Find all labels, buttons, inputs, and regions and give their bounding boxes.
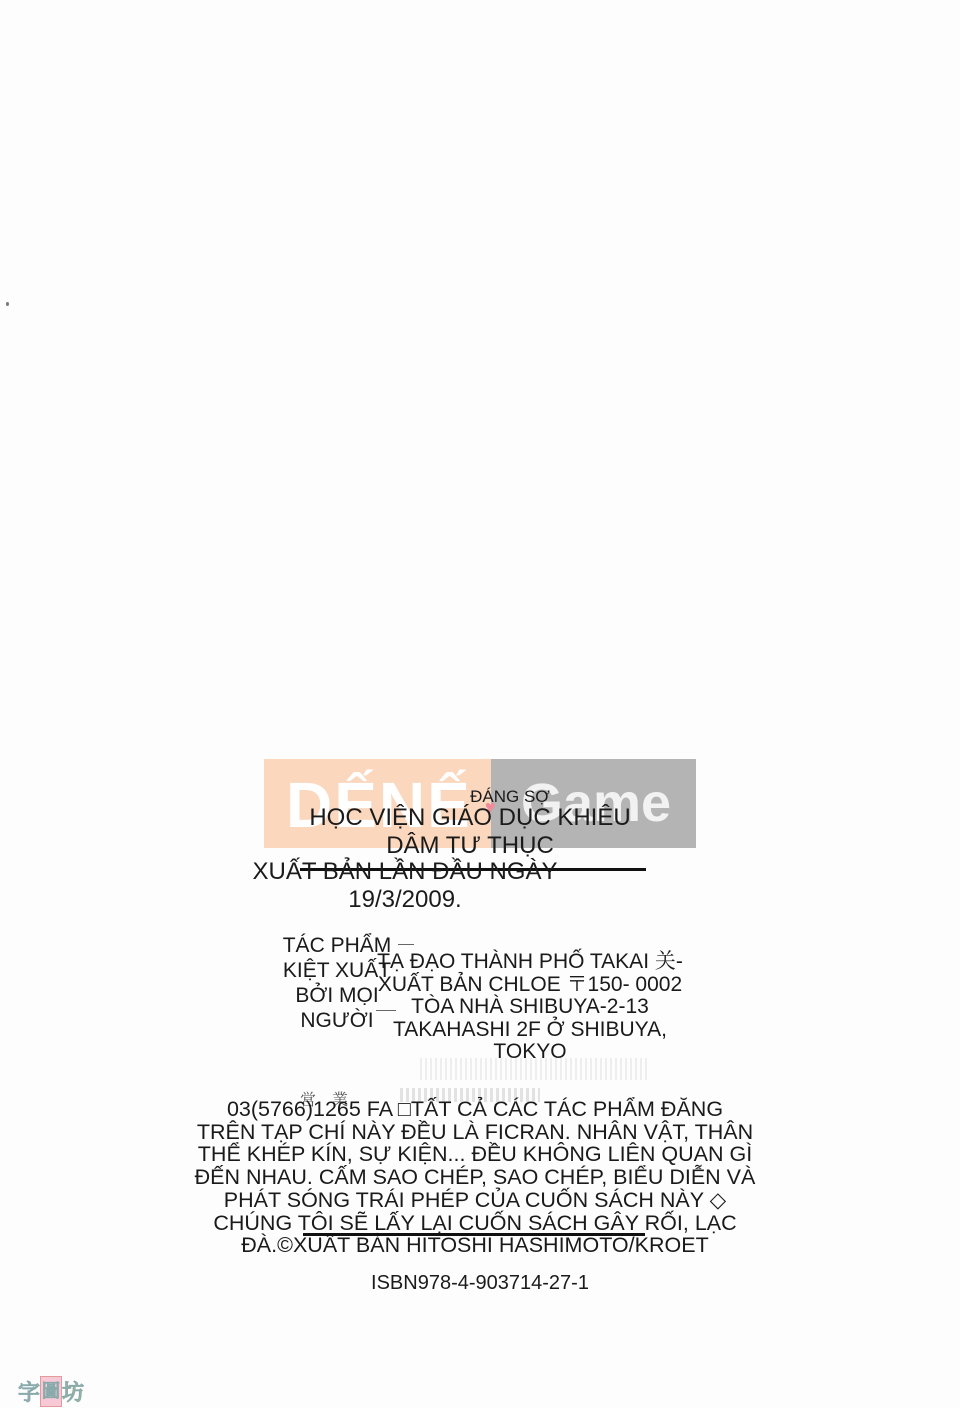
legal-line: ĐÀ.©XUẤT BẢN HITOSHI HASHIMOTO/KROET [170,1234,780,1257]
first-publish-date: 19/3/2009. [300,886,510,914]
address-line: TAKAHASHI 2F Ở SHIBUYA, [360,1019,700,1042]
book-title-line-2: DÂM TƯ THỤC [300,832,640,860]
thin-rule [398,944,414,945]
scan-noise [420,1058,650,1080]
legal-line: CHÚNG TÔI SẼ LẤY LẠI CUỐN SÁCH GÂY RỐI, … [170,1212,780,1235]
book-title-line-1: HỌC VIỆN GIÁO DỤC KHIÊU [260,804,680,832]
logo-char: 字 [18,1376,40,1407]
legal-line: THỂ KHÉP KÍN, SỰ KIỆN... ĐỀU KHÔNG LIÊN … [170,1143,780,1166]
publisher-address: TẠ ĐẠO THÀNH PHỐ TAKAI 关- XUẤT BẢN CHLOE… [360,951,700,1064]
legal-line: ĐẾN NHAU. CẤM SAO CHÉP, SAO CHÉP, BIỂU D… [170,1166,780,1189]
legal-line: PHÁT SÓNG TRÁI PHÉP CỦA CUỐN SÁCH NÀY ◇ [170,1189,780,1212]
legal-line: TRÊN TẠP CHÍ NÀY ĐỀU LÀ FICRAN. NHÂN VẬT… [170,1121,780,1144]
address-line: TẠ ĐẠO THÀNH PHỐ TAKAI 关- [360,951,700,974]
first-publish-label: XUẤT BẢN LẦN ĐẦU NGÀY [230,858,580,886]
logo-char: 圖 [40,1376,62,1407]
isbn: ISBN978-4-903714-27-1 [340,1272,620,1295]
scan-speck [6,302,9,306]
legal-line: 03(5766)1265 FA □TẤT CẢ CÁC TÁC PHẨM ĐĂN… [170,1098,780,1121]
scanlator-logo: 字 圖 坊 [18,1376,84,1407]
divider-rule [303,1233,645,1236]
logo-char: 坊 [62,1376,84,1407]
address-line: TÒA NHÀ SHIBUYA-2-13 [360,996,700,1019]
address-line: XUẤT BẢN CHLOE 〒150- 0002 [360,974,700,997]
